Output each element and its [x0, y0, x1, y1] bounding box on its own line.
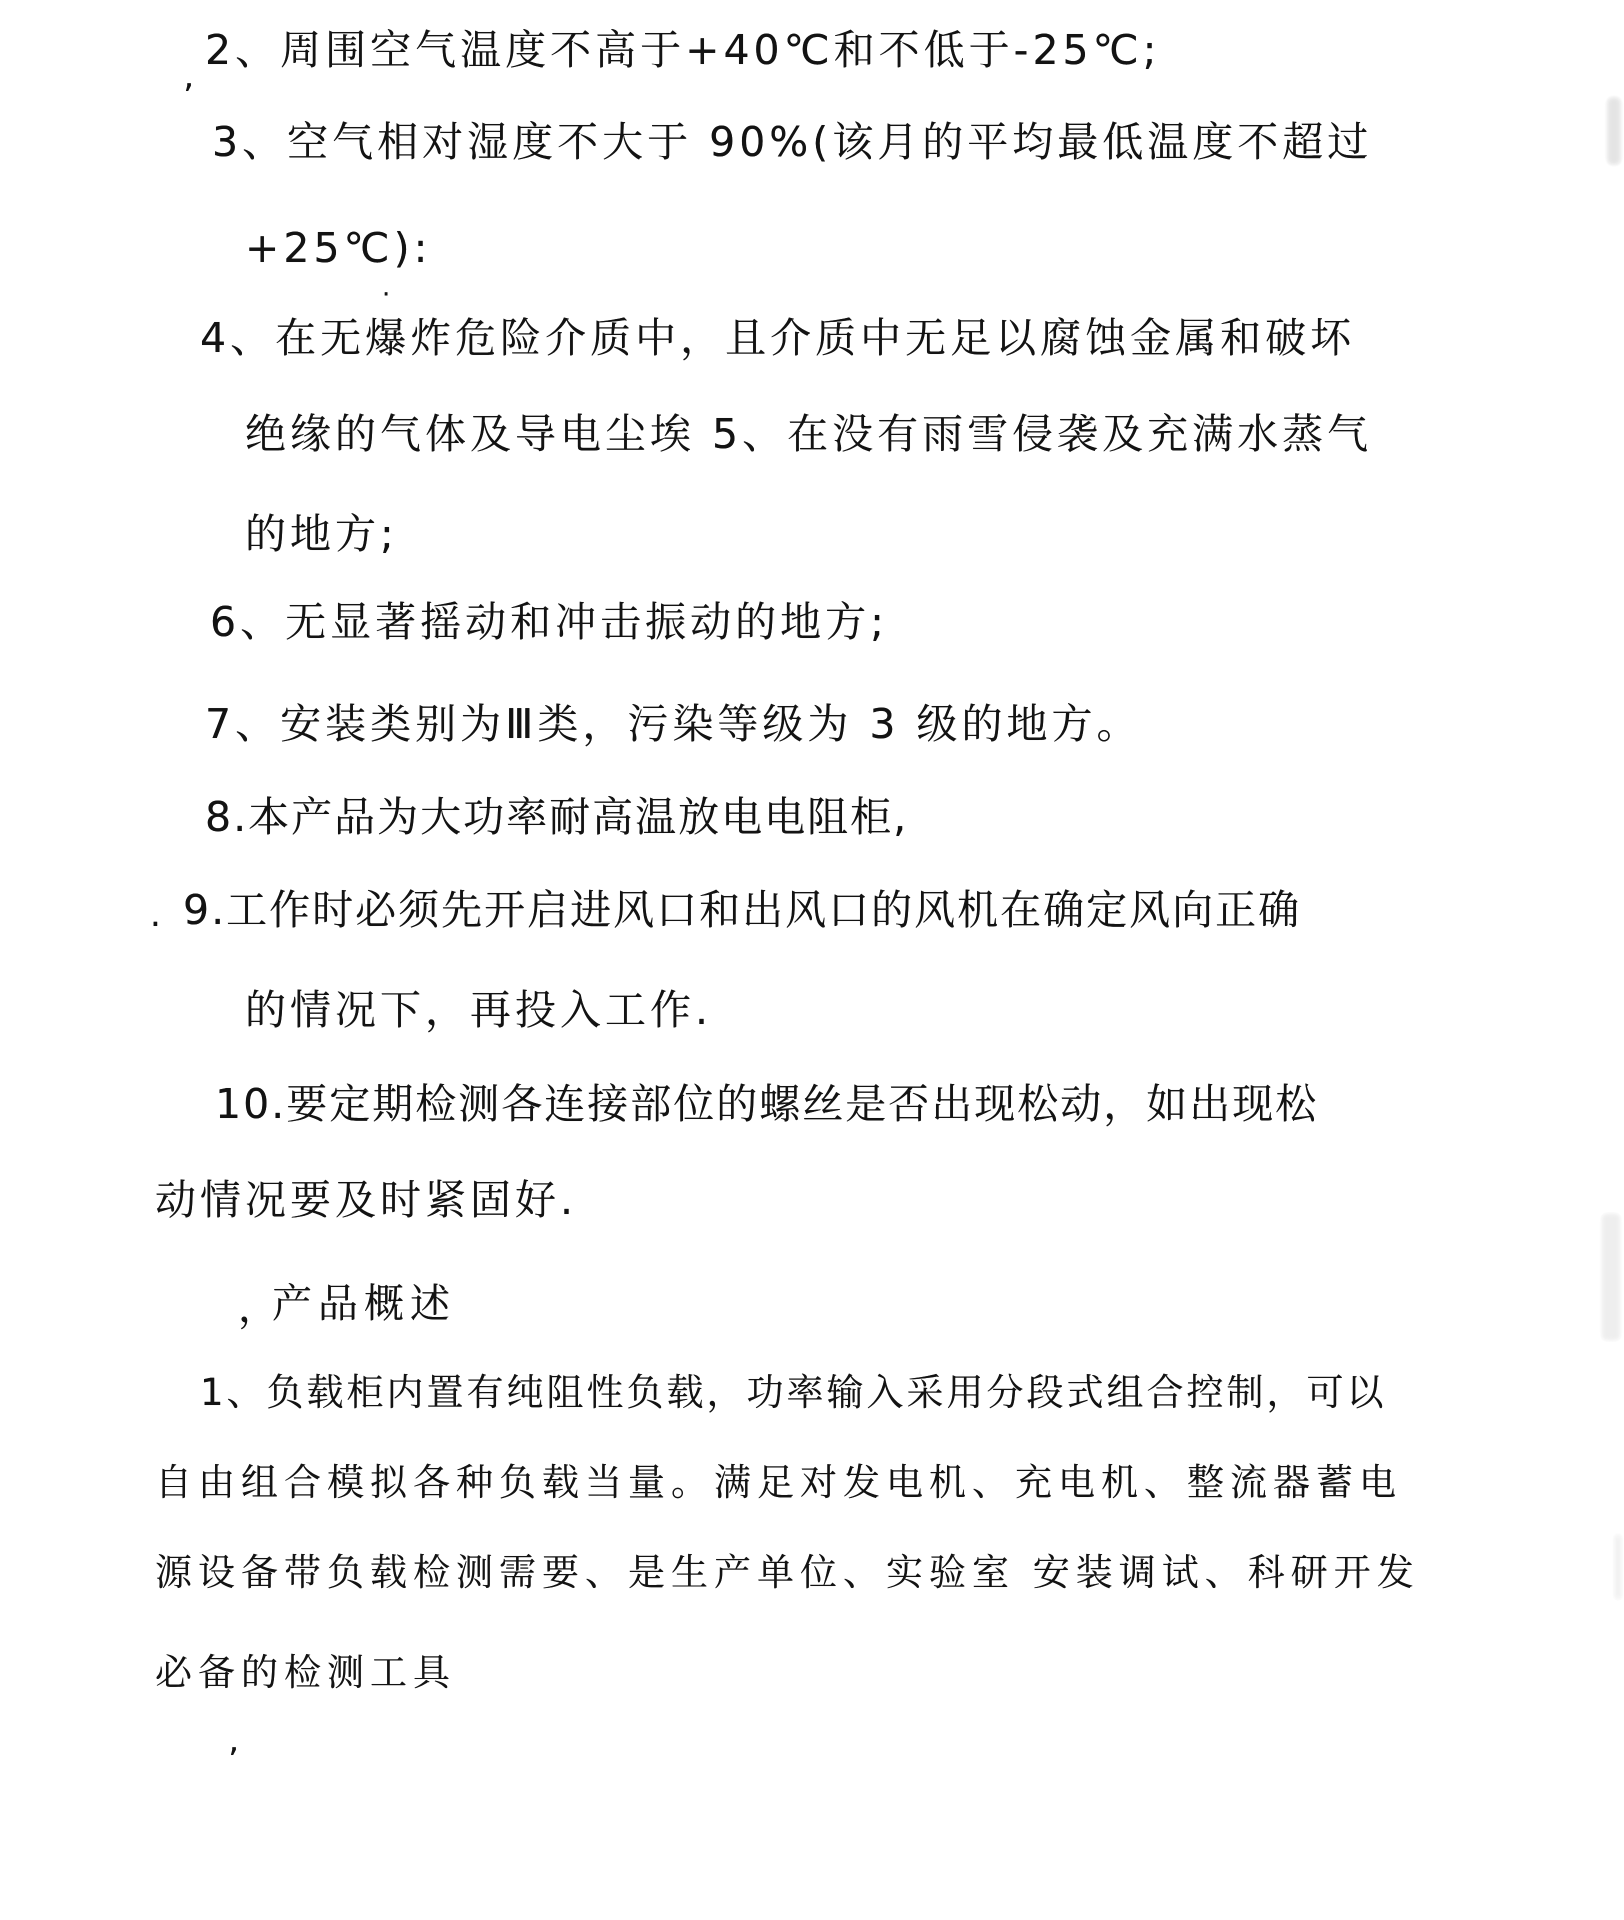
line-items-4-5: 绝缘的气体及导电尘埃 5、在没有雨雪侵袭及充满水蒸气	[245, 414, 1372, 455]
stray-ink-mark: ’	[183, 80, 194, 114]
stray-ink-mark: ·	[382, 282, 390, 308]
section-heading-product-overview: 产品概述	[272, 1284, 456, 1324]
scanned-page: 2、周围空气温度不高于+40℃和不低于-25℃; 3、空气相对湿度不大于 90%…	[0, 0, 1624, 1920]
line-item-6: 6、无显著摇动和冲击振动的地方;	[210, 602, 888, 643]
line-item-8: 8.本产品为大功率耐高温放电电阻柜,	[205, 797, 908, 838]
scanner-edge-smudge	[1600, 1212, 1622, 1342]
line-item-9: 9.工作时必须先开启进风口和出风口的风机在确定风向正确	[183, 890, 1301, 931]
scanner-edge-smudge	[1606, 96, 1622, 166]
heading-leading-comma-mark: ，	[238, 1288, 278, 1328]
line-item-7: 7、安装类别为Ⅲ类，污染等级为 3 级的地方。	[205, 704, 1142, 745]
line-item-4: 4、在无爆炸危险介质中，且介质中无足以腐蚀金属和破坏	[200, 318, 1355, 359]
overview-paragraph-line-1: 1、负载柜内置有纯阻性负载，功率输入采用分段式组合控制，可以	[200, 1374, 1387, 1411]
overview-paragraph-line-3: 源设备带负载检测需要、是生产单位、实验室 安装调试、科研开发	[155, 1554, 1420, 1591]
line-item-10-continuation: 动情况要及时紧固好.	[155, 1180, 577, 1221]
stray-ink-mark: ’	[228, 1744, 239, 1778]
line-item-3-continuation: +25℃):	[245, 228, 431, 269]
line-item-9-continuation: 的情况下，再投入工作.	[245, 990, 712, 1031]
overview-paragraph-line-2: 自由组合模拟各种负载当量。满足对发电机、充电机、整流器蓄电	[155, 1464, 1402, 1501]
stray-ink-mark: .	[150, 898, 161, 932]
line-item-10: 10.要定期检测各连接部位的螺丝是否出现松动，如出现松	[215, 1084, 1318, 1125]
line-item-3: 3、空气相对湿度不大于 90%(该月的平均最低温度不超过	[212, 122, 1372, 163]
line-item-2: 2、周围空气温度不高于+40℃和不低于-25℃;	[205, 30, 1160, 71]
line-item-5-continuation: 的地方;	[245, 514, 398, 555]
scanner-edge-smudge	[1612, 1532, 1624, 1602]
overview-paragraph-line-4: 必备的检测工具	[155, 1654, 456, 1691]
